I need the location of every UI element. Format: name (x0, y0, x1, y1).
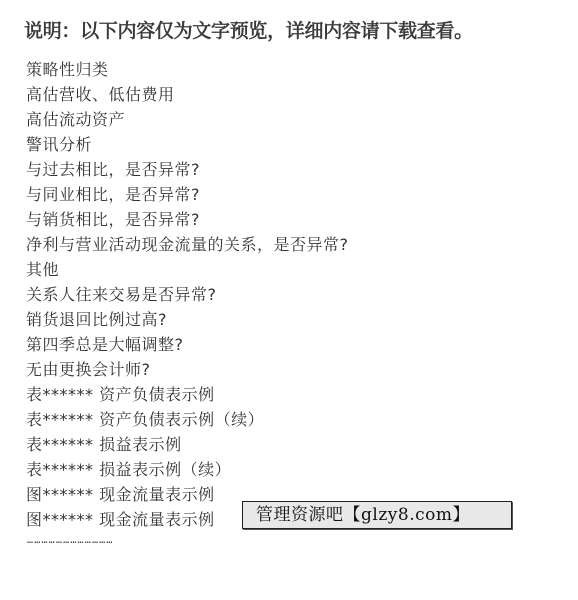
text-line: 策略性归类 (26, 57, 349, 82)
text-line: 第四季总是大幅调整? (26, 332, 349, 357)
text-line: 表****** 资产负债表示例（续） (26, 407, 349, 432)
document-text: 策略性归类 高估营收、低估费用 高估流动资产 警讯分析 与过去相比，是否异常? … (26, 57, 349, 532)
text-line: 销货退回比例过高? (26, 307, 349, 332)
ellipsis-dots: ……………………………… (27, 536, 114, 546)
text-line: 与销货相比，是否异常? (26, 207, 349, 232)
text-line: 高估流动资产 (26, 107, 349, 132)
text-line: 其他 (26, 257, 349, 282)
text-line: 表****** 损益表示例（续） (26, 457, 349, 482)
text-line: 无由更换会计师? (26, 357, 349, 382)
text-line: 高估营收、低估费用 (26, 82, 349, 107)
text-line: 表****** 损益表示例 (26, 432, 349, 457)
text-line: 表****** 资产负债表示例 (26, 382, 349, 407)
text-line: 与过去相比，是否异常? (26, 157, 349, 182)
text-line: 关系人往来交易是否异常? (26, 282, 349, 307)
text-line: 净利与营业活动现金流量的关系，是否异常? (26, 232, 349, 257)
text-line: 与同业相比，是否异常? (26, 182, 349, 207)
preview-notice: 说明：以下内容仅为文字预览，详细内容请下载查看。 (24, 16, 473, 43)
text-line: 警讯分析 (26, 132, 349, 157)
watermark-label: 管理资源吧【glzy8.com】 (242, 501, 512, 529)
